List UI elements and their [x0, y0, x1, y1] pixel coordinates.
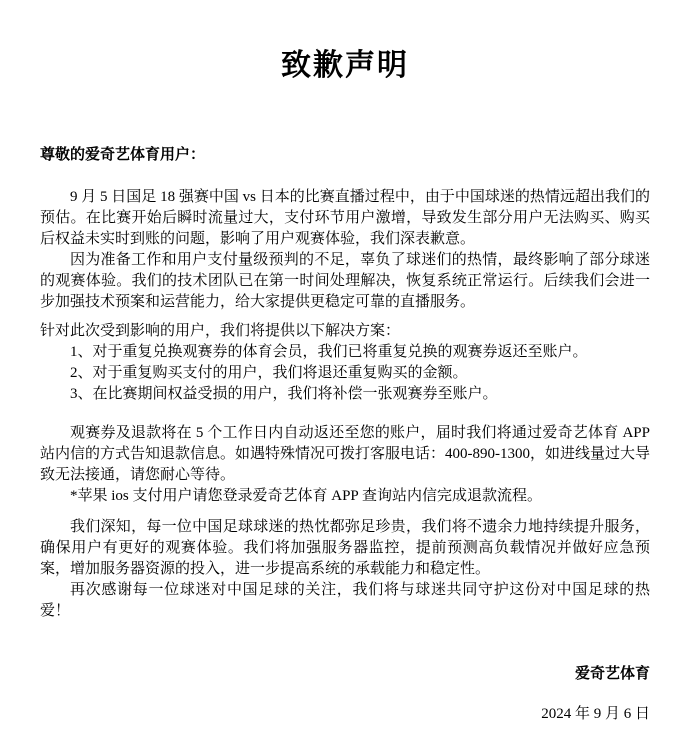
apology-statement-document: 致歉声明 尊敬的爱奇艺体育用户： 9 月 5 日国足 18 强赛中国 vs 日本…: [0, 0, 690, 747]
document-body: 尊敬的爱奇艺体育用户： 9 月 5 日国足 18 强赛中国 vs 日本的比赛直播…: [0, 145, 690, 725]
signature: 爱奇艺体育: [40, 664, 650, 685]
paragraph-refund-info: 观赛券及退款将在 5 个工作日内自动返还至您的账户，届时我们将通过爱奇艺体育 A…: [40, 423, 650, 486]
solutions-intro-line: 针对此次受到影响的用户，我们将提供以下解决方案：: [40, 321, 650, 342]
solution-item-1: 1、对于重复兑换观赛券的体育会员，我们已将重复兑换的观赛券返还至账户。: [40, 342, 650, 363]
paragraph-service-commitment: 我们深知，每一位中国足球球迷的热忱都弥足珍贵，我们将不遗余力地持续提升服务，确保…: [40, 517, 650, 580]
paragraph-cause-explanation: 因为准备工作和用户支付量级预判的不足，辜负了球迷们的热情，最终影响了部分球迷的观…: [40, 250, 650, 313]
page-title: 致歉声明: [0, 0, 690, 86]
ios-refund-note: *苹果 ios 支付用户请您登录爱奇艺体育 APP 查询站内信完成退款流程。: [40, 486, 650, 507]
solution-item-2: 2、对于重复购买支付的用户，我们将退还重复购买的金额。: [40, 363, 650, 384]
document-date: 2024 年 9 月 6 日: [40, 704, 650, 725]
closing-thanks-line: 再次感谢每一位球迷对中国足球的关注，我们将与球迷共同守护这份对中国足球的热爱！: [40, 580, 650, 622]
paragraph-opening-apology: 9 月 5 日国足 18 强赛中国 vs 日本的比赛直播过程中，由于中国球迷的热…: [40, 187, 650, 250]
solution-item-3: 3、在比赛期间权益受损的用户，我们将补偿一张观赛券至账户。: [40, 384, 650, 405]
greeting-line: 尊敬的爱奇艺体育用户：: [40, 145, 650, 166]
